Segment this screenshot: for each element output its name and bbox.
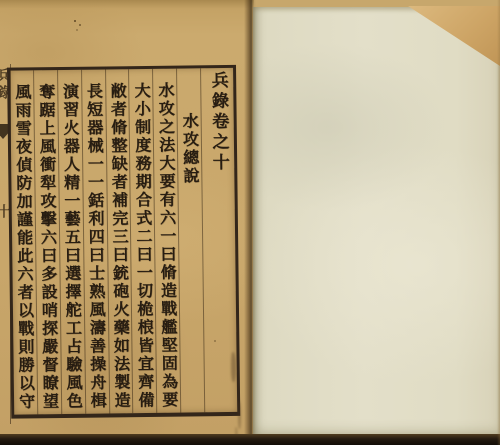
body-column-6-text: 奪踞上風衝犁攻擊六曰多設哨探嚴督瞭望 [38, 83, 58, 414]
right-page-blank [253, 7, 500, 436]
book-bottom-edge [0, 434, 500, 445]
open-book-photo: 兵錄 十 兵錄卷之十 水攻總說 水攻之法大要有六一曰脩造戰艦堅固為要 大小制度務… [0, 0, 500, 445]
ink-bleed-marks [231, 352, 236, 382]
volume-title-text: 兵錄卷之十 [209, 68, 230, 412]
body-column-7-text: 風雨雪夜偵防加謹能此六者以戰則勝以守 [14, 83, 34, 414]
body-column-1-text: 水攻之法大要有六一曰脩造戰艦堅固為要 [157, 82, 177, 413]
paper-stain-dots [74, 20, 76, 22]
body-column-5-text: 演習火器人精一藝五曰選擇舵工占驗風色 [61, 83, 81, 414]
body-column-3-text: 敝者脩整缺者補完三曰銃砲火藥如法製造 [109, 82, 129, 413]
left-page: 兵錄 十 兵錄卷之十 水攻總說 水攻之法大要有六一曰脩造戰艦堅固為要 大小制度務… [0, 0, 254, 437]
section-heading-text: 水攻總說 [181, 112, 201, 412]
body-column-2-text: 大小制度務期合式二曰一切桅桹皆宜齊備 [133, 82, 153, 413]
text-frame: 兵錄卷之十 水攻總說 水攻之法大要有六一曰脩造戰艦堅固為要 大小制度務期合式二曰… [7, 65, 240, 419]
gutter-crease-shadow [244, 0, 256, 437]
body-column-4-text: 長短器械一一銛利四曰士熟風濤善操舟楫 [85, 83, 105, 414]
